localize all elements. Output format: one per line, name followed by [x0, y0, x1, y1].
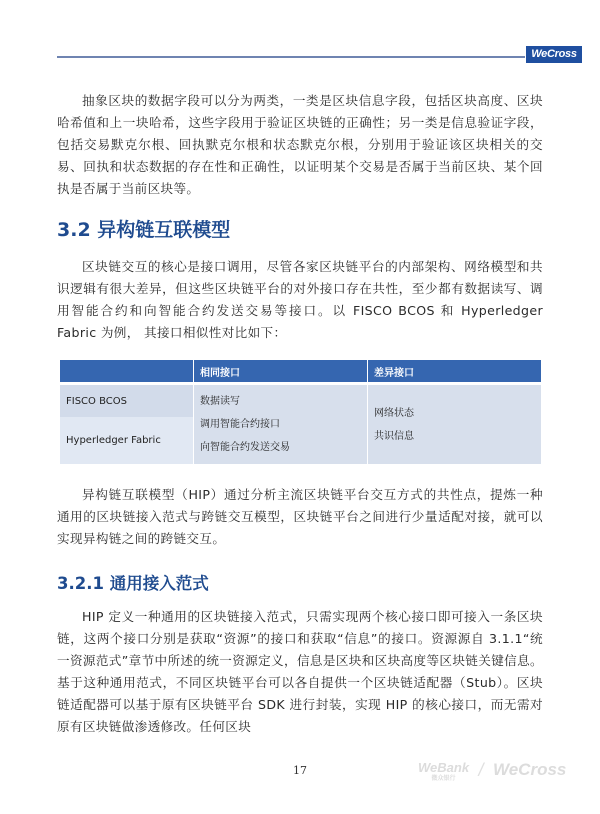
table-header-row: 相同接口 差异接口 [60, 360, 541, 384]
common-interface-item: 调用智能合约接口 [200, 413, 361, 436]
row-label-hyperledger-fabric: Hyperledger Fabric [60, 417, 194, 464]
section-heading-3-2-1: 3.2.1 通用接入范式 [57, 570, 209, 594]
table-header-empty [60, 360, 194, 384]
paragraph-hip-model: 异构链互联模型（HIP）通过分析主流区块链平台交互方式的共性点，提炼一种通用的区… [57, 484, 543, 550]
different-interfaces-cell: 网络状态 共识信息 [368, 384, 542, 465]
different-interface-item: 网络状态 [374, 402, 535, 425]
paragraph-interface-commonality: 区块链交互的核心是接口调用，尽管各家区块链平台的内部架构、网络模型和共识逻辑有很… [57, 256, 543, 344]
header-rule [57, 56, 525, 58]
common-interface-item: 数据读写 [200, 390, 361, 413]
wecross-logo-header: WeCross [526, 46, 582, 63]
page-number: 17 [293, 764, 307, 777]
section-heading-3-2: 3.2 异构链互联模型 [57, 215, 230, 242]
row-label-fisco-bcos: FISCO BCOS [60, 384, 194, 418]
wecross-logo-footer: WeCross [493, 760, 566, 780]
table-header-different: 差异接口 [368, 360, 542, 384]
logo-separator: / [479, 760, 484, 781]
different-interface-item: 共识信息 [374, 425, 535, 448]
table-header-common: 相同接口 [194, 360, 368, 384]
common-interfaces-cell: 数据读写 调用智能合约接口 向智能合约发送交易 [194, 384, 368, 465]
interface-comparison-table: 相同接口 差异接口 FISCO BCOS 数据读写 调用智能合约接口 向智能合约… [60, 360, 541, 464]
paragraph-generic-access-paradigm: HIP 定义一种通用的区块链接入范式，只需实现两个核心接口即可接入一条区块链，这… [57, 606, 543, 738]
common-interface-item: 向智能合约发送交易 [200, 436, 361, 459]
footer-logos: WeBank 微众银行 / WeCross [418, 760, 566, 782]
paragraph-abstract-block-fields: 抽象区块的数据字段可以分为两类，一类是区块信息字段，包括区块高度、区块哈希值和上… [57, 90, 543, 200]
table-row: FISCO BCOS 数据读写 调用智能合约接口 向智能合约发送交易 网络状态 … [60, 384, 541, 418]
webank-logo: WeBank 微众银行 [418, 760, 469, 782]
